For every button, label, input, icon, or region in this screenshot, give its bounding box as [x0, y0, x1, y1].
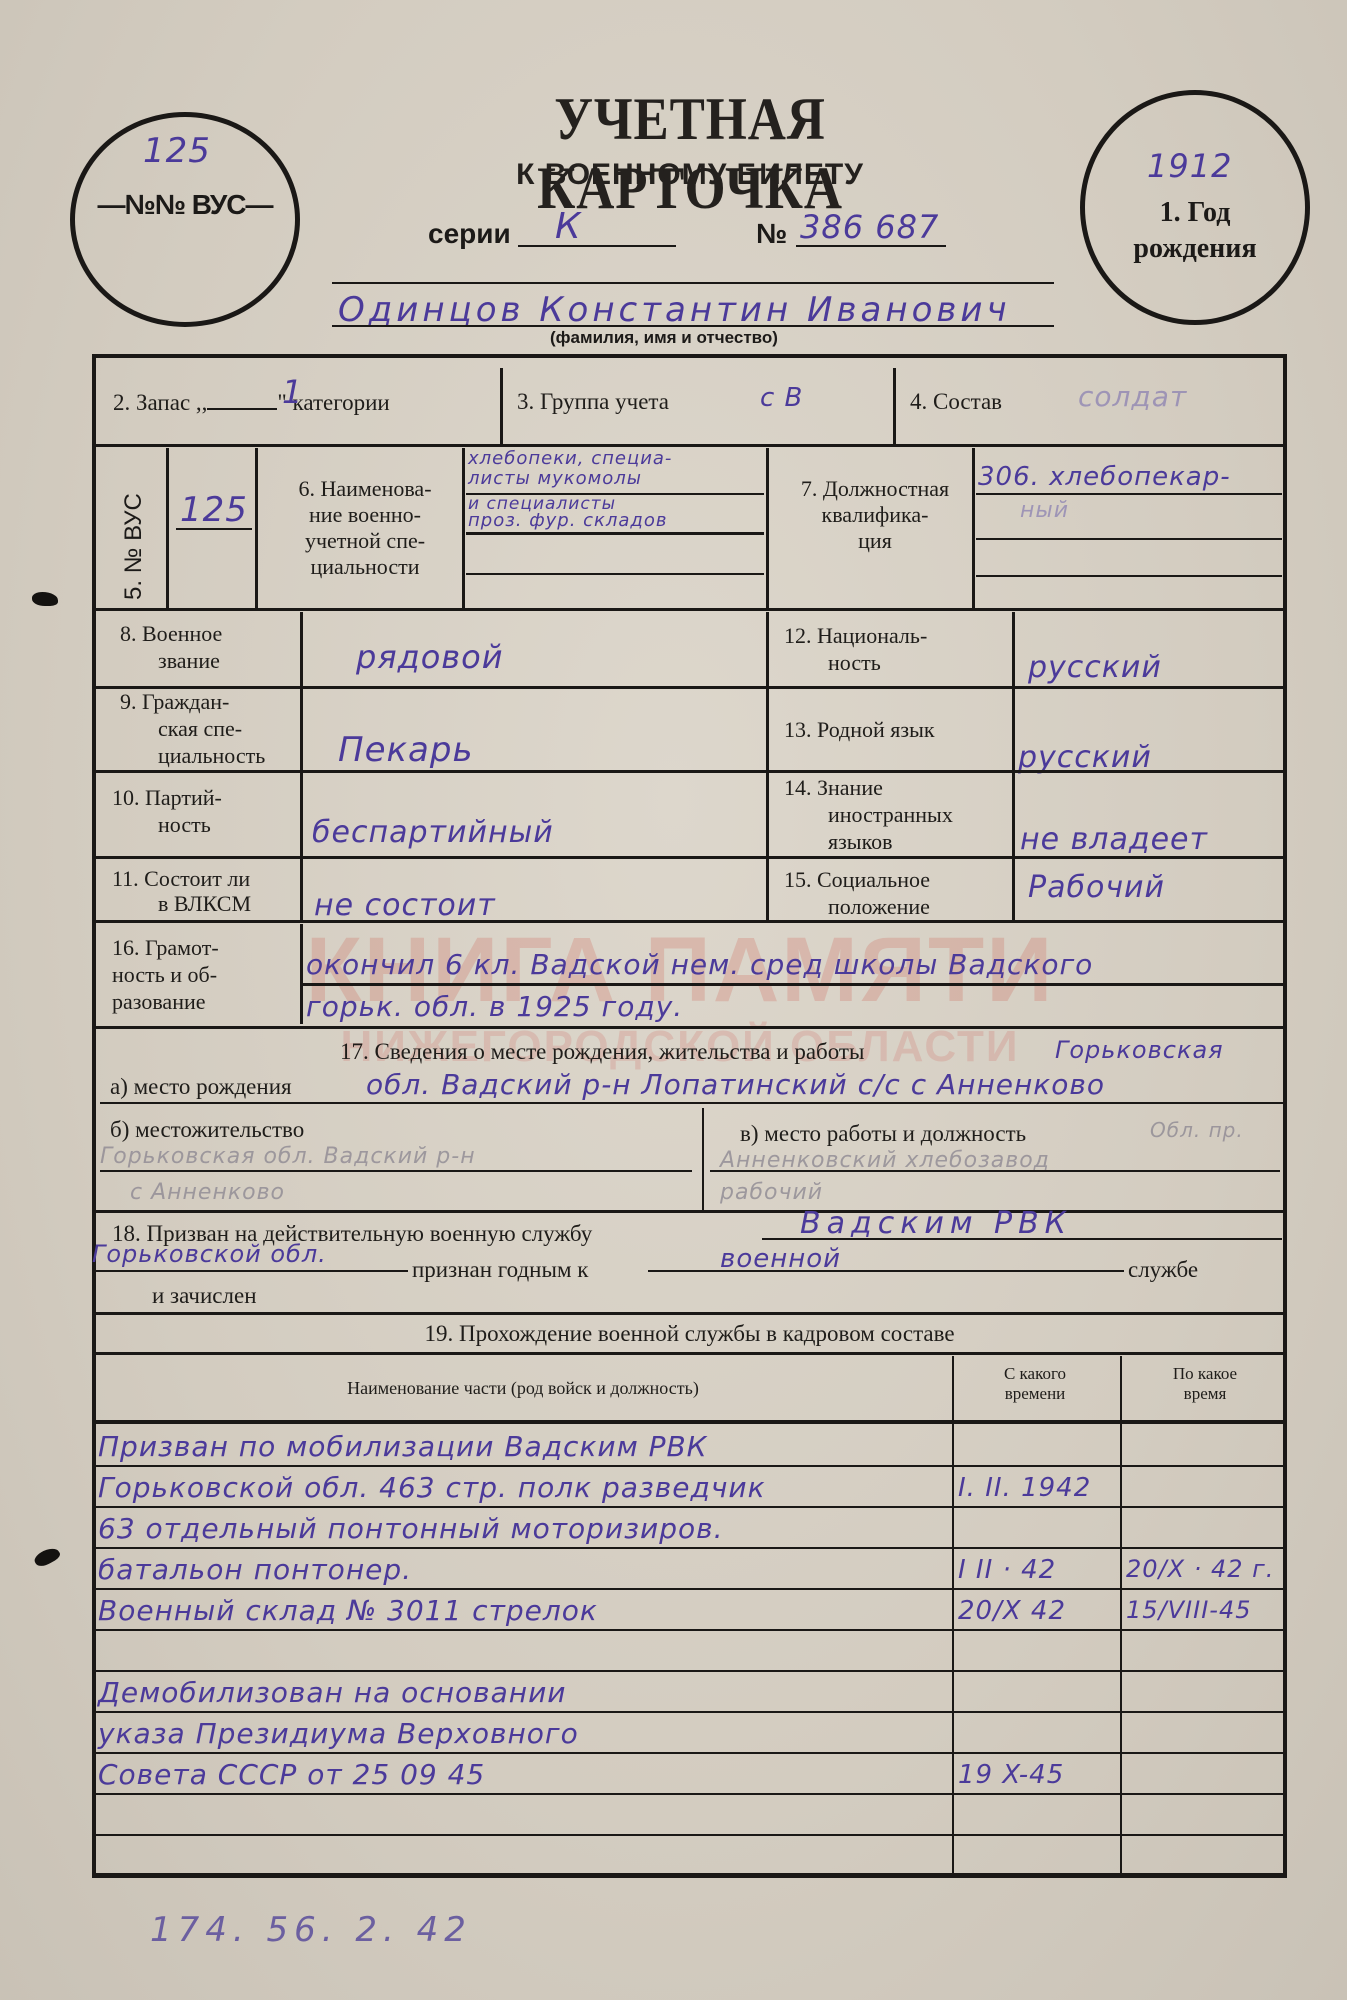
education-label: 16. Грамот- ность и об- разование	[112, 934, 219, 1015]
nationality-label: 12. Националь- ность	[784, 622, 927, 676]
conscription-line-2	[96, 1270, 408, 1272]
service-row-to: 15/VIII-45	[1126, 1596, 1251, 1624]
service-title-line	[92, 1352, 1287, 1355]
service-row-line	[92, 1834, 1287, 1836]
party-label-line: ность	[112, 811, 222, 838]
service-row-line	[92, 1465, 1287, 1467]
nationality-value: русский	[1028, 650, 1162, 685]
social-status-value: Рабочий	[1028, 870, 1165, 905]
education-value-2: горьк. обл. в 1925 году.	[306, 990, 683, 1023]
languages-value: не владеет	[1020, 822, 1208, 857]
service-row-unit: Призван по мобилизации Вадским РВК	[98, 1430, 708, 1463]
work-value-3: рабочий	[720, 1180, 823, 1205]
civil-specialty-label-line: 9. Граждан-	[120, 688, 265, 715]
qualification-value-1: 306. хлебопекар-	[978, 462, 1231, 492]
service-col-from: С какого времени	[955, 1364, 1115, 1404]
field-line-10	[96, 856, 766, 859]
service-row-to: 20/X · 42 г.	[1126, 1555, 1274, 1583]
rank-label-line: звание	[120, 647, 222, 674]
conscription-value-2: Горьковской обл.	[92, 1240, 327, 1268]
komsomol-label: 11. Состоит ли в ВЛКСМ	[112, 866, 251, 916]
staff-value: солдат	[1078, 380, 1187, 413]
komsomol-value: не состоит	[314, 888, 496, 923]
qualification-divider-b	[972, 448, 975, 608]
number-value: 386 687	[800, 208, 939, 246]
fit-value: военной	[720, 1244, 841, 1274]
specialty-value-4: проз. фур. складов	[468, 510, 668, 531]
service-row-line	[92, 1547, 1287, 1549]
vus-value: 125	[180, 490, 248, 530]
row-divider-3	[92, 920, 1287, 923]
service-col-from-text: С какого времени	[985, 1364, 1085, 1404]
name-caption: (фамилия, имя и отчество)	[550, 328, 778, 348]
reserve-value: 1	[282, 373, 303, 411]
service-row-from: I. II. 1942	[958, 1473, 1091, 1503]
punch-hole-bottom	[32, 1544, 62, 1569]
frame-top	[92, 354, 1287, 358]
birth-year-circle: 1912 1. Год рождения	[1080, 90, 1310, 325]
birth-year-value: 1912	[1147, 147, 1232, 185]
conscription-value-1: Вадским РВК	[800, 1206, 1072, 1241]
civil-specialty-label-line: ская спе-	[120, 715, 265, 742]
service-row-unit: Совета СССР от 25 09 45	[98, 1758, 485, 1791]
work-value-1: Обл. пр.	[1150, 1118, 1244, 1142]
divider-3-4	[893, 368, 896, 444]
field-line-13	[740, 770, 1285, 773]
qualification-line-3	[976, 575, 1282, 577]
specialty-value-2: листы мукомолы	[468, 468, 642, 489]
vus-divider-b	[255, 448, 258, 608]
languages-label-line: иностранных	[784, 801, 953, 828]
field-line-14	[740, 856, 1285, 859]
birthplace-section-value: Горьковская	[1055, 1036, 1224, 1064]
qualification-line-1	[976, 493, 1282, 495]
party-value: беспартийный	[312, 815, 554, 850]
service-row-line	[92, 1670, 1287, 1672]
service-row-unit: 63 отдельный понтонный моторизиров.	[98, 1512, 724, 1545]
service-row-line	[92, 1711, 1287, 1713]
service-row-from: 19 X-45	[958, 1760, 1064, 1790]
civil-specialty-label-line: циальность	[120, 742, 265, 769]
field-line-12	[740, 686, 1285, 689]
divider-2-3	[500, 368, 503, 444]
work-label: в) место работы и должность	[740, 1122, 1026, 1146]
service-row-from: 20/X 42	[958, 1596, 1066, 1626]
residence-label: б) местожительство	[110, 1118, 304, 1142]
qualification-divider-a	[766, 448, 769, 608]
service-col-to-text: По какое время	[1155, 1364, 1255, 1404]
civil-specialty-label: 9. Граждан- ская спе- циальность	[120, 688, 265, 769]
rank-value: рядовой	[356, 638, 504, 676]
series-label: серии	[428, 218, 511, 250]
vus-circle: 125 —№№ ВУС—	[70, 112, 300, 327]
page-title: УЧЕТНАЯ КАРТОЧКА	[430, 85, 949, 223]
specialty-line-2	[466, 532, 764, 535]
group-value: с В	[760, 383, 803, 413]
service-row-from: I II · 42	[958, 1555, 1056, 1585]
service-header-line	[92, 1420, 1287, 1424]
vus-vertical-label: 5. № ВУС	[120, 493, 148, 600]
service-row-line	[92, 1793, 1287, 1795]
series-value: К	[555, 206, 582, 247]
birth-year-label-2: рождения	[1085, 233, 1305, 265]
specialty-label-line: циальности	[275, 554, 455, 580]
frame-right	[1283, 354, 1287, 1877]
birthplace-section-title: 17. Сведения о месте рождения, жительств…	[340, 1040, 864, 1064]
specialty-divider	[462, 448, 465, 608]
qualification-label: 7. Должностная квалифика- ция	[780, 476, 970, 554]
service-row-line	[92, 1752, 1287, 1754]
service-row-unit: Горьковской обл. 463 стр. полк разведчик	[98, 1471, 766, 1504]
page-subtitle: К ВОЕННОМУ БИЛЕТУ	[395, 158, 985, 192]
service-row-unit: указа Президиума Верховного	[98, 1717, 579, 1750]
vus-underline	[176, 528, 252, 530]
staff-label: 4. Состав	[910, 390, 1002, 414]
komsomol-label-line: в ВЛКСМ	[112, 891, 251, 916]
nationality-label-line: ность	[784, 649, 927, 676]
vus-circle-value: 125	[143, 131, 211, 171]
qualification-value-2: ный	[1020, 498, 1069, 523]
specialty-line-3	[466, 573, 764, 575]
row-divider-5	[92, 1210, 1287, 1213]
party-label: 10. Партий- ность	[112, 784, 222, 838]
service-type-label: службе	[1128, 1258, 1198, 1282]
civil-specialty-value: Пекарь	[338, 730, 473, 770]
frame-bottom	[92, 1873, 1287, 1878]
social-status-label: 15. Социальное положение	[784, 866, 930, 920]
service-col-divider-2	[1120, 1356, 1122, 1876]
languages-label-line: 14. Знание	[784, 774, 953, 801]
service-col-divider-1	[952, 1356, 954, 1876]
specialty-label-line: ние военно-	[275, 502, 455, 528]
party-label-line: 10. Партий-	[112, 784, 222, 811]
education-label-line: разование	[112, 988, 219, 1015]
service-row-unit: Демобилизован на основании	[98, 1676, 567, 1709]
fields-right-divider	[1012, 612, 1015, 920]
rank-label-line: 8. Военное	[120, 620, 222, 647]
birthplace-value: обл. Вадский р-н Лопатинский с/с с Аннен…	[366, 1068, 1105, 1101]
row-divider-1	[92, 444, 1287, 447]
qualification-line-2	[976, 538, 1282, 540]
education-label-line: 16. Грамот-	[112, 934, 219, 961]
qualification-label-line: квалифика-	[780, 502, 970, 528]
number-label: №	[756, 218, 787, 250]
qualification-label-line: 7. Должностная	[780, 476, 970, 502]
qualification-label-line: ция	[780, 528, 970, 554]
residence-value-1: Горьковская обл. Вадский р-н	[100, 1144, 476, 1169]
work-line	[710, 1170, 1280, 1172]
birthplace-label: а) место рождения	[110, 1075, 292, 1099]
enrolled-label: и зачислен	[152, 1284, 257, 1308]
vus-circle-label: —№№ ВУС—	[75, 189, 295, 221]
education-divider	[300, 924, 303, 1024]
fit-label: признан годным к	[412, 1258, 588, 1282]
birthplace-line	[100, 1102, 1285, 1104]
residence-value-2: с Анненково	[130, 1180, 285, 1205]
vus-divider-a	[166, 448, 169, 608]
rank-label: 8. Военное звание	[120, 620, 222, 674]
fields-left-divider	[300, 612, 303, 920]
frame-left	[92, 354, 96, 1877]
specialty-label-line: учетной спе-	[275, 528, 455, 554]
row-divider-2	[92, 608, 1287, 611]
native-language-label: 13. Родной язык	[784, 718, 935, 742]
reserve-label-prefix: 2. Запас ,,	[113, 390, 207, 415]
service-section-title: 19. Прохождение военной службы в кадрово…	[0, 1322, 1347, 1346]
service-row-line	[92, 1588, 1287, 1590]
education-label-line: ность и об-	[112, 961, 219, 988]
group-label: 3. Группа учета	[517, 390, 669, 414]
reserve-label: 2. Запас ,," категории	[113, 390, 390, 415]
footer-note: 174. 56. 2. 42	[150, 1910, 472, 1950]
service-row-unit: батальон понтонер.	[98, 1553, 412, 1586]
residence-line	[100, 1170, 692, 1172]
field-line-9	[96, 770, 766, 773]
specialty-label-line: 6. Наименова-	[275, 476, 455, 502]
name-underline	[332, 325, 1054, 327]
punch-hole-top	[32, 592, 58, 606]
service-col-unit: Наименование части (род войск и должност…	[96, 1376, 950, 1400]
series-underline	[518, 245, 676, 247]
name-value: Одинцов Константин Иванович	[338, 290, 1011, 330]
languages-label: 14. Знание иностранных языков	[784, 774, 953, 855]
row-divider-6	[92, 1312, 1287, 1315]
name-topline	[332, 282, 1054, 284]
komsomol-label-line: 11. Состоит ли	[112, 866, 251, 891]
education-value-1: окончил 6 кл. Вадской нем. сред школы Ва…	[306, 948, 1093, 981]
fields-middle-divider	[766, 612, 769, 920]
birth-year-label-1: 1. Год	[1085, 197, 1305, 229]
education-line	[300, 983, 1285, 986]
service-row-line	[92, 1629, 1287, 1631]
residence-work-divider	[702, 1108, 704, 1210]
specialty-label: 6. Наименова- ние военно- учетной спе- ц…	[275, 476, 455, 580]
social-status-label-line: 15. Социальное	[784, 866, 930, 893]
row-divider-4	[92, 1026, 1287, 1029]
nationality-label-line: 12. Националь-	[784, 622, 927, 649]
languages-label-line: языков	[784, 828, 953, 855]
service-row-unit: Военный склад № 3011 стрелок	[98, 1594, 598, 1627]
social-status-label-line: положение	[784, 893, 930, 920]
service-row-line	[92, 1506, 1287, 1508]
specialty-value-1: хлебопеки, специа-	[468, 448, 672, 469]
service-col-to: По какое время	[1125, 1364, 1285, 1404]
